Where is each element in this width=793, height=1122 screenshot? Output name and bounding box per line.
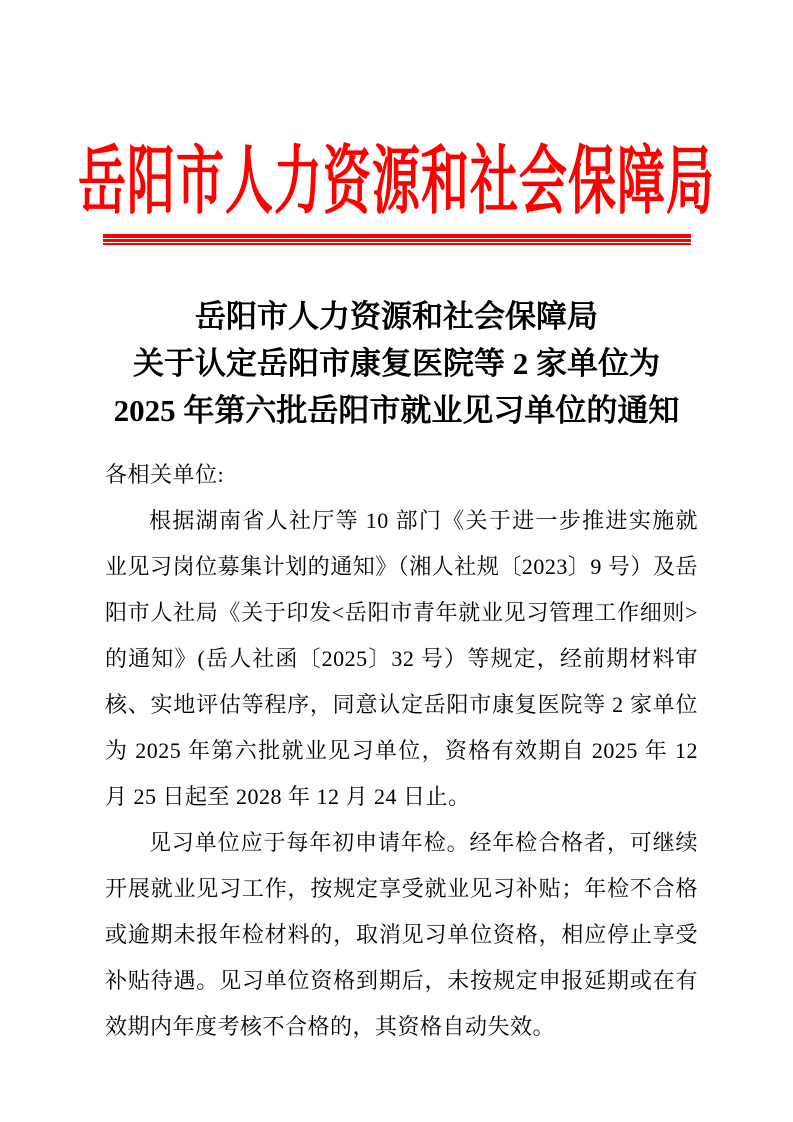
- salutation: 各相关单位:: [105, 452, 698, 498]
- document-title-line-1: 岳阳市人力资源和社会保障局: [0, 293, 793, 340]
- document-body: 各相关单位: 根据湖南省人社厅等 10 部门《关于进一步推进实施就业见习岗位募集…: [0, 452, 793, 1050]
- document-title-line-3: 2025 年第六批岳阳市就业见习单位的通知: [0, 387, 793, 434]
- red-letterhead: 岳阳市人力资源和社会保障局: [0, 0, 793, 245]
- letterhead-agency-name: 岳阳市人力资源和社会保障局: [78, 113, 715, 253]
- body-paragraph-2: 见习单位应于每年初申请年检。经年检合格者，可继续开展就业见习工作，按规定享受就业…: [105, 820, 698, 1050]
- document-page: 岳阳市人力资源和社会保障局 岳阳市人力资源和社会保障局 关于认定岳阳市康复医院等…: [0, 0, 793, 1122]
- document-title: 岳阳市人力资源和社会保障局 关于认定岳阳市康复医院等 2 家单位为 2025 年…: [0, 293, 793, 434]
- document-title-line-2: 关于认定岳阳市康复医院等 2 家单位为: [0, 340, 793, 387]
- body-paragraph-1: 根据湖南省人社厅等 10 部门《关于进一步推进实施就业见习岗位募集计划的通知》（…: [105, 498, 698, 820]
